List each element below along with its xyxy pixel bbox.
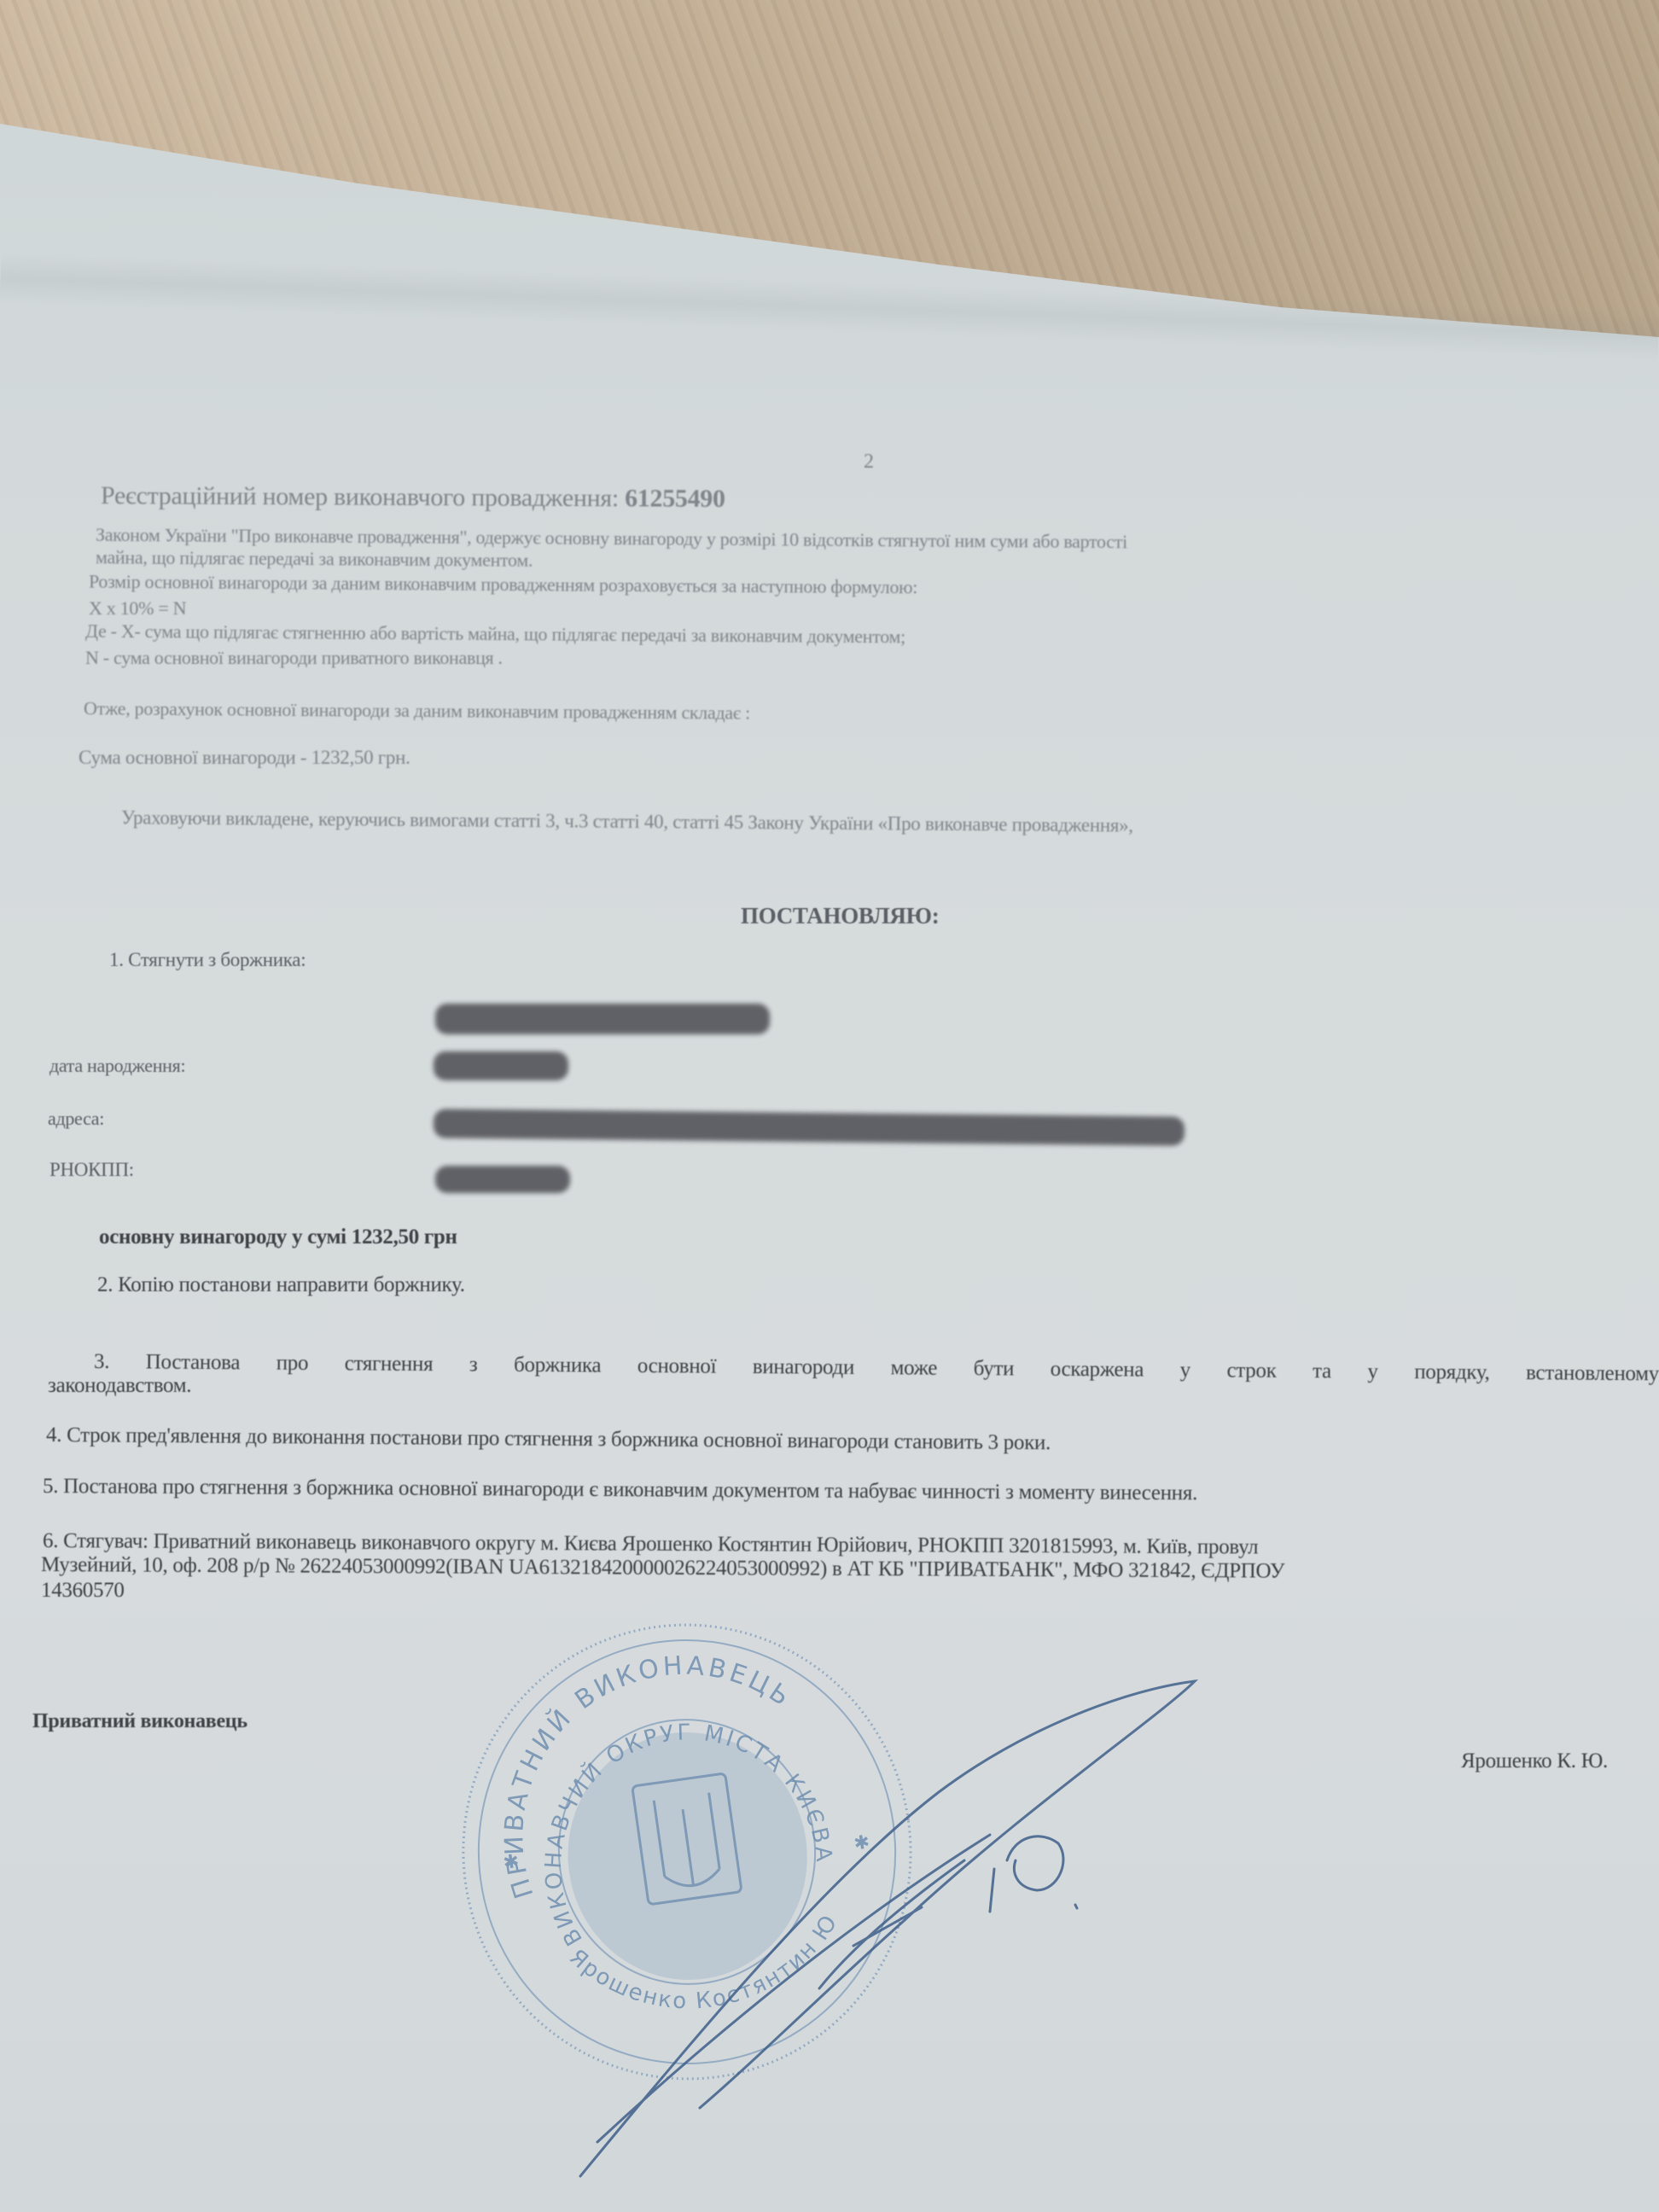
redacted-dob bbox=[434, 1051, 568, 1080]
intro-line-6: N - сума основної винагороди приватного … bbox=[85, 647, 503, 669]
formula-line: X x 10% = N bbox=[89, 597, 186, 620]
dob-label: дата народження: bbox=[49, 1055, 185, 1077]
signature-right-name: Ярошенко К. Ю. bbox=[1461, 1749, 1608, 1773]
address-label: адреса: bbox=[48, 1108, 104, 1130]
registration-number: 61255490 bbox=[625, 484, 725, 513]
calc-intro: Отже, розрахунок основної винагороди за … bbox=[84, 697, 750, 724]
svg-text:✱: ✱ bbox=[502, 1851, 521, 1874]
calc-result: Сума основної винагороди - 1232,50 грн. bbox=[79, 747, 410, 769]
item5: 5. Постанова про стягнення з боржника ос… bbox=[43, 1475, 1197, 1505]
item6-line3: 14360570 bbox=[41, 1579, 125, 1603]
item3-line1: 3. Постанова про стягнення з боржника ос… bbox=[94, 1350, 1659, 1386]
redacted-address bbox=[434, 1109, 1185, 1145]
resolution-heading: ПОСТАНОВЛЯЮ: bbox=[741, 903, 939, 929]
redacted-debtor-name bbox=[435, 1004, 770, 1034]
legal-basis: Ураховуючи викладене, керуючись вимогами… bbox=[121, 806, 1133, 836]
redacted-tax-id bbox=[435, 1166, 570, 1193]
handwritten-signature bbox=[546, 1664, 1348, 2193]
intro-line-2: майна, що підлягає передачі за виконавчи… bbox=[96, 546, 533, 572]
page-number: 2 bbox=[864, 451, 874, 474]
item3-line2: законодавством. bbox=[48, 1374, 191, 1398]
item1-amount: основну винагороду у сумі 1232,50 грн bbox=[99, 1225, 457, 1249]
registration-label: Реєстраційний номер виконавчого провадже… bbox=[101, 481, 619, 512]
document: 2 Реєстраційний номер виконавчого провад… bbox=[0, 0, 1659, 2212]
item2: 2. Копію постанови направити боржнику. bbox=[97, 1273, 465, 1297]
signature-left-label: Приватний виконавець bbox=[32, 1710, 247, 1733]
tax-id-label: РНОКПП: bbox=[49, 1159, 134, 1181]
item4: 4. Строк пред'явлення до виконання поста… bbox=[46, 1423, 1051, 1455]
registration-line: Реєстраційний номер виконавчого провадже… bbox=[101, 481, 725, 514]
item1-text: 1. Стягнути з боржника: bbox=[109, 949, 306, 971]
intro-line-5: Де - X- сума що підлягає стягненню або в… bbox=[85, 620, 905, 649]
intro-line-3: Розмір основної винагороди за даним вико… bbox=[89, 571, 917, 599]
